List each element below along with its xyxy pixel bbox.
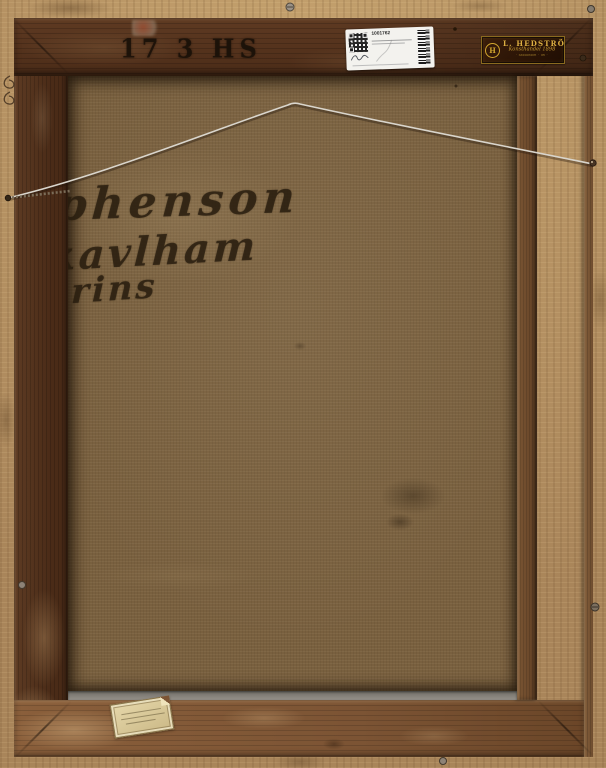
pencil-mark (376, 40, 393, 62)
frame-rail-right (537, 18, 584, 757)
label-marks (345, 26, 434, 70)
auction-barcode-label: 1001762 (345, 26, 434, 70)
frame-rebate-shadow (68, 691, 517, 700)
dealer-tagline: Konsthandel 1898 (507, 47, 556, 53)
frame-rail-left (14, 18, 68, 757)
wire-curl-marks (4, 76, 14, 104)
label-micro-text-line (126, 719, 156, 725)
dealer-label-text: L. HEDSTRÖMS Konsthandel 1898 · Stockhol… (503, 40, 561, 61)
dealer-monogram-icon: H (485, 43, 500, 58)
wire-eyelet-left (5, 195, 11, 201)
frame-rail-bottom (14, 700, 584, 757)
frame-stamp: 17 3 HS (120, 33, 262, 64)
inscription-line-3: arins (68, 266, 158, 314)
handwritten-signature (351, 55, 368, 60)
folded-corner (160, 696, 170, 706)
inscription-line-1: phenson (68, 172, 302, 232)
dealer-address: · Stockholm · Tel · (516, 54, 548, 58)
canvas-back: phenson kavlham arins (68, 76, 517, 691)
canvas-stretcher-bar-right (517, 76, 537, 700)
screw-icon (286, 3, 294, 11)
screw-icon (588, 6, 595, 13)
dealer-label: H L. HEDSTRÖMS Konsthandel 1898 · Stockh… (481, 36, 565, 64)
frame-rail-right-bevel (584, 18, 593, 757)
nail-icon (440, 758, 447, 765)
photo-back-of-framed-painting: phenson kavlham arins 17 3 HS 1001762 H … (0, 0, 606, 768)
